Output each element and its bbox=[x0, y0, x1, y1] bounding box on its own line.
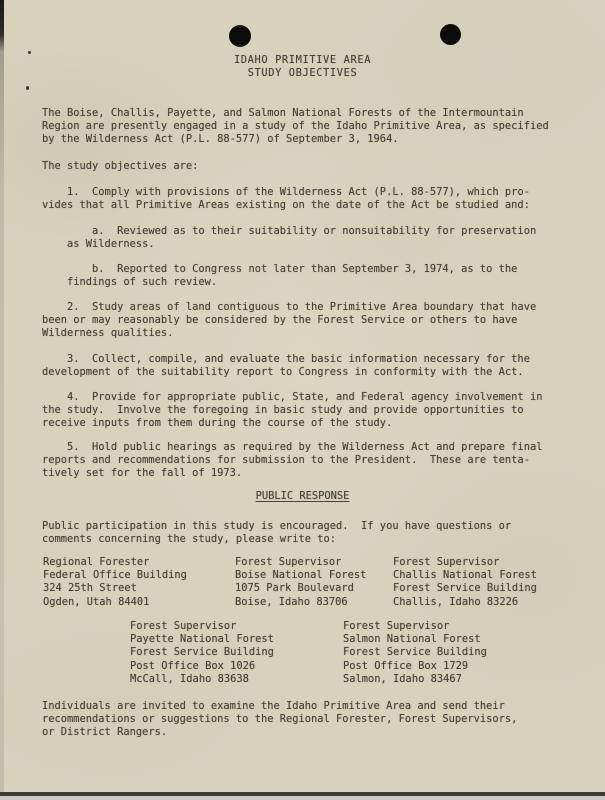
scan-left-edge-shadow bbox=[0, 0, 4, 800]
address-line: 324 25th Street bbox=[43, 582, 187, 595]
punch-hole-mark-right bbox=[440, 24, 461, 45]
address-line: Ogden, Utah 84401 bbox=[43, 596, 187, 609]
scan-bottom-edge-strip bbox=[0, 796, 605, 800]
paragraph-line: development of the suitability report to… bbox=[42, 366, 530, 379]
objective-5: 5. Hold public hearings as required by t… bbox=[42, 441, 542, 481]
paragraph-line: as Wilderness. bbox=[42, 238, 536, 251]
paragraph-line: been or may reasonably be considered by … bbox=[42, 314, 536, 327]
paragraph-line: Wilderness qualities. bbox=[42, 327, 536, 340]
paragraph-line: The Boise, Challis, Payette, and Salmon … bbox=[42, 107, 549, 120]
address-boise-nf: Forest Supervisor Boise National Forest … bbox=[235, 556, 366, 609]
address-line: Forest Supervisor bbox=[393, 556, 537, 569]
paragraph-line: The study objectives are: bbox=[42, 160, 198, 173]
paragraph-line: Public participation in this study is en… bbox=[42, 520, 511, 533]
address-line: Challis National Forest bbox=[393, 569, 537, 582]
address-line: Forest Service Building bbox=[343, 646, 487, 659]
address-line: Federal Office Building bbox=[43, 569, 187, 582]
address-line: Forest Supervisor bbox=[130, 620, 274, 633]
address-payette-nf: Forest Supervisor Payette National Fores… bbox=[130, 620, 274, 686]
address-line: Post Office Box 1026 bbox=[130, 660, 274, 673]
address-line: 1075 Park Boulevard bbox=[235, 582, 366, 595]
paragraph-line: by the Wilderness Act (P.L. 88-577) of S… bbox=[42, 133, 549, 146]
address-line: Payette National Forest bbox=[130, 633, 274, 646]
title-line-1: IDAHO PRIMITIVE AREA bbox=[0, 54, 605, 67]
address-line: McCall, Idaho 83638 bbox=[130, 673, 274, 686]
paragraph-line: receive inputs from them during the cour… bbox=[42, 417, 542, 430]
address-line: Forest Supervisor bbox=[343, 620, 487, 633]
ink-speck bbox=[26, 86, 29, 90]
address-line: Salmon, Idaho 83467 bbox=[343, 673, 487, 686]
paragraph-line: findings of such review. bbox=[42, 276, 517, 289]
intro-paragraph: The Boise, Challis, Payette, and Salmon … bbox=[42, 107, 549, 147]
title-line-2: STUDY OBJECTIVES bbox=[0, 67, 605, 80]
address-regional-forester: Regional Forester Federal Office Buildin… bbox=[43, 556, 187, 609]
address-line: Forest Service Building bbox=[393, 582, 537, 595]
address-line: Forest Service Building bbox=[130, 646, 274, 659]
document-title: IDAHO PRIMITIVE AREA STUDY OBJECTIVES bbox=[0, 54, 605, 80]
paragraph-line: comments concerning the study, please wr… bbox=[42, 533, 511, 546]
participation-paragraph: Public participation in this study is en… bbox=[42, 520, 511, 546]
objective-1: 1. Comply with provisions of the Wildern… bbox=[42, 186, 530, 212]
paragraph-line: recommendations or suggestions to the Re… bbox=[42, 713, 517, 726]
paragraph-line: 5. Hold public hearings as required by t… bbox=[42, 441, 542, 454]
objective-3: 3. Collect, compile, and evaluate the ba… bbox=[42, 353, 530, 379]
address-line: Boise National Forest bbox=[235, 569, 366, 582]
objective-1b: b. Reported to Congress not later than S… bbox=[42, 263, 517, 289]
objective-1a: a. Reviewed as to their suitability or n… bbox=[42, 225, 536, 251]
paragraph-line: Region are presently engaged in a study … bbox=[42, 120, 549, 133]
paragraph-line: a. Reviewed as to their suitability or n… bbox=[42, 225, 536, 238]
address-line: Forest Supervisor bbox=[235, 556, 366, 569]
address-line: Regional Forester bbox=[43, 556, 187, 569]
scanned-document-page: IDAHO PRIMITIVE AREA STUDY OBJECTIVES Th… bbox=[0, 0, 605, 800]
address-challis-nf: Forest Supervisor Challis National Fores… bbox=[393, 556, 537, 609]
paragraph-line: 2. Study areas of land contiguous to the… bbox=[42, 301, 536, 314]
public-response-heading: PUBLIC RESPONSE bbox=[0, 490, 605, 503]
objective-4: 4. Provide for appropriate public, State… bbox=[42, 391, 542, 431]
paragraph-line: vides that all Primitive Areas existing … bbox=[42, 199, 530, 212]
closing-paragraph: Individuals are invited to examine the I… bbox=[42, 700, 517, 740]
paragraph-line: b. Reported to Congress not later than S… bbox=[42, 263, 517, 276]
paragraph-line: 1. Comply with provisions of the Wildern… bbox=[42, 186, 530, 199]
address-line: Salmon National Forest bbox=[343, 633, 487, 646]
objectives-lead-line: The study objectives are: bbox=[42, 160, 198, 173]
paragraph-line: 4. Provide for appropriate public, State… bbox=[42, 391, 542, 404]
paragraph-line: or District Rangers. bbox=[42, 726, 517, 739]
address-line: Challis, Idaho 83226 bbox=[393, 596, 537, 609]
paragraph-line: Individuals are invited to examine the I… bbox=[42, 700, 517, 713]
paragraph-line: tively set for the fall of 1973. bbox=[42, 467, 542, 480]
punch-hole-mark-left bbox=[229, 25, 251, 47]
objective-2: 2. Study areas of land contiguous to the… bbox=[42, 301, 536, 341]
address-salmon-nf: Forest Supervisor Salmon National Forest… bbox=[343, 620, 487, 686]
paragraph-line: reports and recommendations for submissi… bbox=[42, 454, 542, 467]
paragraph-line: 3. Collect, compile, and evaluate the ba… bbox=[42, 353, 530, 366]
address-line: Boise, Idaho 83706 bbox=[235, 596, 366, 609]
paragraph-line: the study. Involve the foregoing in basi… bbox=[42, 404, 542, 417]
heading-text: PUBLIC RESPONSE bbox=[256, 490, 350, 502]
address-line: Post Office Box 1729 bbox=[343, 660, 487, 673]
